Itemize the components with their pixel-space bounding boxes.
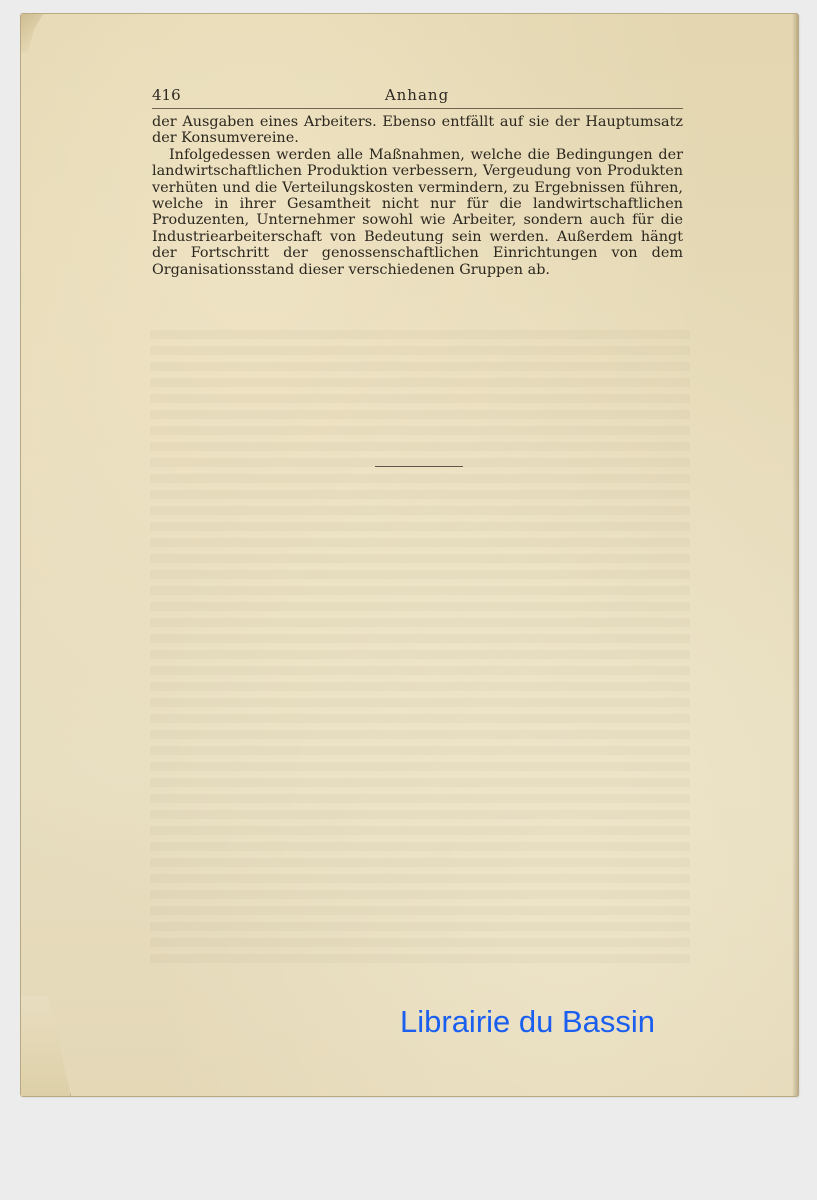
paragraph-2: Infolgedessen werden alle Maßnahmen, wel…	[152, 147, 683, 278]
show-through-text	[150, 330, 690, 970]
body-text: der Ausgaben eines Arbeiters. Ebenso ent…	[152, 114, 683, 278]
torn-corner-top-left	[21, 14, 43, 52]
page-edge	[792, 14, 798, 1096]
section-end-rule	[375, 466, 463, 467]
header-rule	[152, 108, 683, 109]
running-head-title: Anhang	[152, 86, 682, 104]
running-header: 416 Anhang	[152, 86, 682, 106]
paragraph-1: der Ausgaben eines Arbeiters. Ebenso ent…	[152, 114, 683, 147]
watermark-text: Librairie du Bassin	[400, 1004, 655, 1040]
torn-corner-bottom-left	[21, 996, 71, 1096]
